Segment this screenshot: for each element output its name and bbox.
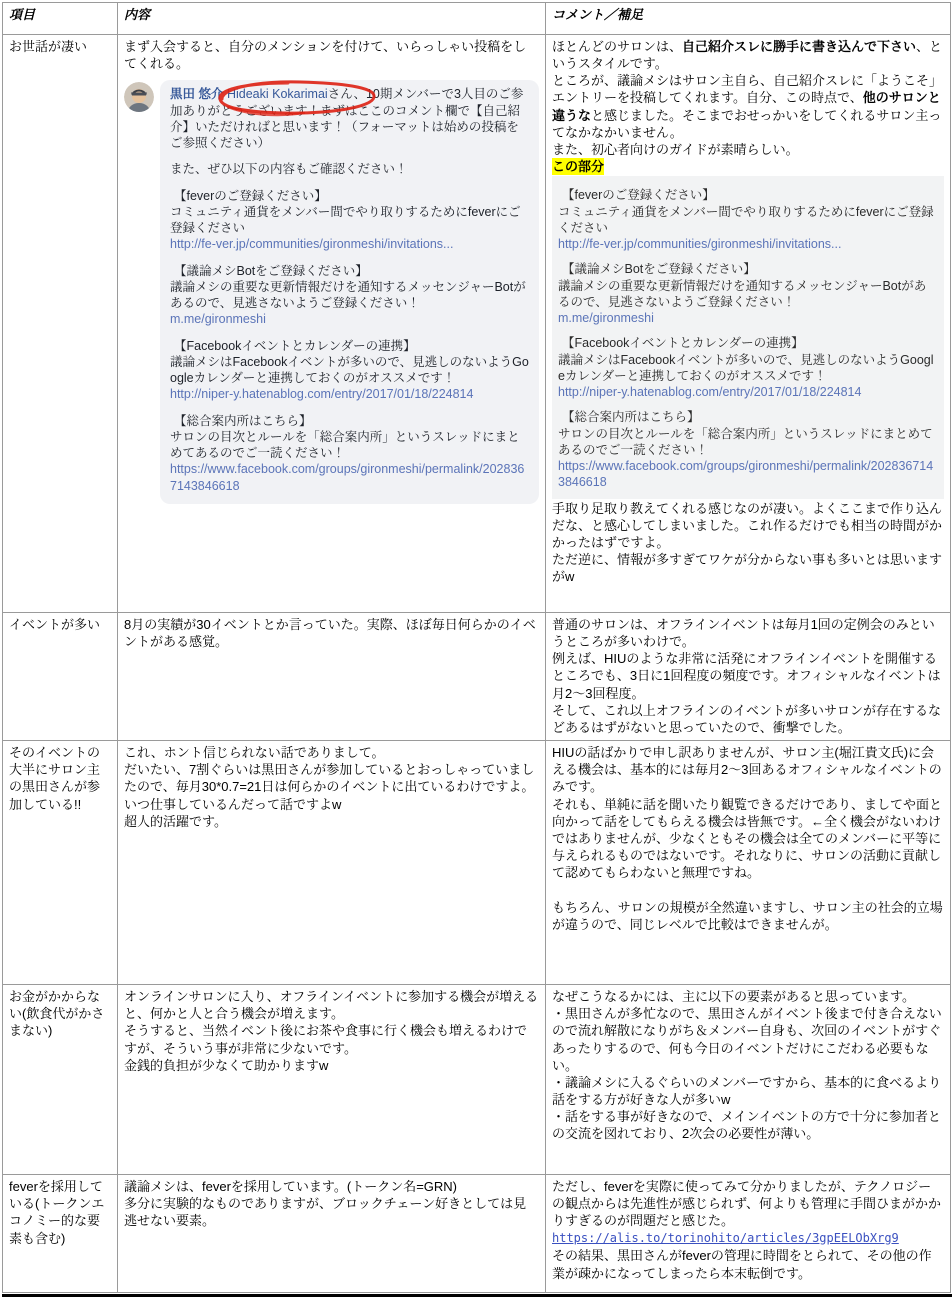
header-comment: コメント／補足 [546, 3, 951, 35]
fb-section-body: サロンの目次とルールを「総合案内所」というスレッドにまとめてあるのでご一読くださ… [170, 429, 529, 462]
row1-item: お世話が凄い [3, 35, 118, 613]
row1-comment-p3: また、初心者向けのガイドが素晴らしい。 [552, 141, 944, 158]
row3-content: これ、ホント信じられない話でありまして。 だいたい、7割ぐらいは黒田さんが参加し… [118, 741, 546, 985]
fb-section-body: 議論メシの重要な更新情報だけを通知するメッセンジャーBotがあるので、見逃さない… [170, 279, 529, 312]
fb-greeting: 黒田 悠介 Hideaki Kokarimaiさん、10期メンバーで3人目のご参… [170, 86, 529, 151]
fb-section-heading: 【議論メシBotをご登録ください】 [170, 263, 529, 279]
quote-section-guide: 【総合案内所はこちら】 サロンの目次とルールを「総合案内所」というスレッドにまと… [558, 409, 938, 490]
header-content: 内容 [118, 3, 546, 35]
quote-section-calendar: 【Facebookイベントとカレンダーの連携】 議論メシはFacebookイベン… [558, 335, 938, 400]
row1-comment-p4: 手取り足取り教えてくれる感じなのが凄い。よくここまで作り込んだな、と感心してしま… [552, 500, 944, 551]
salon-review-table: 項目 内容 コメント／補足 お世話が凄い まず入会すると、自分のメンションを付け… [2, 2, 951, 1293]
fb-section-heading: 【feverのご登録ください】 [170, 188, 529, 204]
row2-comment: 普通のサロンは、オフラインイベントは毎月1回の定例会のみというところが多いわけで… [546, 613, 951, 741]
quote-section-heading: 【議論メシBotをご登録ください】 [558, 261, 938, 277]
fb-author-name-en[interactable]: Hideaki Kokarimai [227, 87, 328, 101]
row3-comment: HIUの話ばかりで申し訳ありませんが、サロン主(堀江貴文氏)に会える機会は、基本… [546, 741, 951, 985]
row1-content-cell: まず入会すると、自分のメンションを付けて、いらっしゃい投稿をしてくれる。 黒田 … [118, 35, 546, 613]
quote-bot-link[interactable]: m.me/gironmeshi [558, 310, 938, 326]
table-row-okane: お金がかからない(飲食代がかさまない) オンラインサロンに入り、オフラインイベン… [3, 985, 951, 1175]
fb-bot-link[interactable]: m.me/gironmeshi [170, 311, 529, 327]
fb-section-calendar: 【Facebookイベントとカレンダーの連携】 議論メシはFacebookイベン… [170, 338, 529, 403]
facebook-comment-bubble: 黒田 悠介 Hideaki Kokarimaiさん、10期メンバーで3人目のご参… [160, 80, 539, 504]
row4-comment: なぜこうなるかには、主に以下の要素があると思っています。 ・黒田さんが多忙なので… [546, 985, 951, 1175]
row5-comment-cell: ただし、feverを実際に使ってみて分かりましたが、テクノロジーの観点からは先進… [546, 1175, 951, 1293]
quote-section-heading: 【Facebookイベントとカレンダーの連携】 [558, 335, 938, 351]
row1-comment-cell: ほとんどのサロンは、自己紹介スレに勝手に書き込んで下さい、というスタイルです。 … [546, 35, 951, 613]
quote-section-fever: 【feverのご登録ください】 コミュニティ通貨をメンバー間でやり取りするために… [558, 187, 938, 252]
review-table-page: 項目 内容 コメント／補足 お世話が凄い まず入会すると、自分のメンションを付け… [0, 0, 952, 1297]
fb-guide-link[interactable]: https://www.facebook.com/groups/gironmes… [170, 461, 529, 494]
quote-guide-link[interactable]: https://www.facebook.com/groups/gironmes… [558, 458, 938, 491]
fb-confirm-line: また、ぜひ以下の内容もご確認ください！ [170, 161, 529, 177]
row5-content: 議論メシは、feverを採用しています。(トークン名=GRN) 多分に実験的なも… [118, 1175, 546, 1293]
fb-section-body: 議論メシはFacebookイベントが多いので、見逃しのないようGoogleカレン… [170, 354, 529, 387]
fb-author-name[interactable]: 黒田 悠介 [170, 87, 223, 101]
avatar [124, 82, 154, 112]
quote-section-body: 議論メシの重要な更新情報だけを通知するメッセンジャーBotがあるので、見逃さない… [558, 278, 938, 311]
row5-comment-post: その結果、黒田さんがfeverの管理に時間をとられて、その他の作業が疎かになって… [552, 1247, 944, 1281]
row1-content-intro: まず入会すると、自分のメンションを付けて、いらっしゃい投稿をしてくれる。 [124, 38, 539, 72]
quote-fever-link[interactable]: http://fe-ver.jp/communities/gironmeshi/… [558, 236, 938, 252]
quote-calendar-link[interactable]: http://niper-y.hatenablog.com/entry/2017… [558, 384, 938, 400]
fb-section-fever: 【feverのご登録ください】 コミュニティ通貨をメンバー間でやり取りするために… [170, 188, 529, 253]
fb-section-body: コミュニティ通貨をメンバー間でやり取りするためにfeverにご登録ください [170, 204, 529, 237]
fb-section-guide: 【総合案内所はこちら】 サロンの目次とルールを「総合案内所」というスレッドにまと… [170, 413, 529, 494]
fb-fever-link[interactable]: http://fe-ver.jp/communities/gironmeshi/… [170, 236, 529, 252]
fb-section-heading: 【Facebookイベントとカレンダーの連携】 [170, 338, 529, 354]
row2-item: イベントが多い [3, 613, 118, 741]
row4-item: お金がかからない(飲食代がかさまない) [3, 985, 118, 1175]
row2-content: 8月の実績が30イベントとか言っていた。実際、ほぼ毎日何らかのイベントがある感覚… [118, 613, 546, 741]
row5-item: feverを採用している(トークンエコノミー的な要素も含む) [3, 1175, 118, 1293]
quote-section-heading: 【総合案内所はこちら】 [558, 409, 938, 425]
row4-content: オンラインサロンに入り、オフラインイベントに参加する機会が増えると、何かと人と合… [118, 985, 546, 1175]
table-row-kuroda: そのイベントの大半にサロン主の黒田さんが参加している!! これ、ホント信じられな… [3, 741, 951, 985]
fb-greeting-text: さん、10期メンバーで3人目のご参加ありがとうございます！まずはここのコメント欄… [170, 87, 523, 150]
row3-item: そのイベントの大半にサロン主の黒田さんが参加している!! [3, 741, 118, 985]
header-item: 項目 [3, 3, 118, 35]
row1-comment-p1: ほとんどのサロンは、自己紹介スレに勝手に書き込んで下さい、というスタイルです。 [552, 38, 944, 72]
table-row-osewa: お世話が凄い まず入会すると、自分のメンションを付けて、いらっしゃい投稿をしてく… [3, 35, 951, 613]
guide-quote-box: 【feverのご登録ください】 コミュニティ通貨をメンバー間でやり取りするために… [552, 176, 944, 498]
table-row-events: イベントが多い 8月の実績が30イベントとか言っていた。実際、ほぼ毎日何らかのイ… [3, 613, 951, 741]
row1-comment-p2: ところが、議論メシはサロン主自ら、自己紹介スレに「ようこそ」エントリーを投稿して… [552, 72, 944, 141]
highlight-kono-bubun: この部分 [552, 158, 604, 175]
quote-section-body: 議論メシはFacebookイベントが多いので、見逃しのないようGoogleカレン… [558, 352, 938, 385]
avatar-icon [124, 82, 154, 112]
quote-section-bot: 【議論メシBotをご登録ください】 議論メシの重要な更新情報だけを通知するメッセ… [558, 261, 938, 326]
row5-comment-pre: ただし、feverを実際に使ってみて分かりましたが、テクノロジーの観点からは先進… [552, 1178, 944, 1229]
fb-section-bot: 【議論メシBotをご登録ください】 議論メシの重要な更新情報だけを通知するメッセ… [170, 263, 529, 328]
facebook-comment: 黒田 悠介 Hideaki Kokarimaiさん、10期メンバーで3人目のご参… [124, 80, 539, 504]
alis-article-link[interactable]: https://alis.to/torinohito/articles/3gpE… [552, 1230, 944, 1248]
table-row-fever: feverを採用している(トークンエコノミー的な要素も含む) 議論メシは、fev… [3, 1175, 951, 1293]
fb-calendar-link[interactable]: http://niper-y.hatenablog.com/entry/2017… [170, 386, 529, 402]
header-row: 項目 内容 コメント／補足 [3, 3, 951, 35]
row1-comment-p5: ただ逆に、情報が多すぎてワケが分からない事も多いとは思いますがw [552, 551, 944, 585]
quote-section-body: コミュニティ通貨をメンバー間でやり取りするためにfeverにご登録ください [558, 204, 938, 237]
quote-section-heading: 【feverのご登録ください】 [558, 187, 938, 203]
quote-section-body: サロンの目次とルールを「総合案内所」というスレッドにまとめてあるのでご一読くださ… [558, 426, 938, 459]
fb-section-heading: 【総合案内所はこちら】 [170, 413, 529, 429]
